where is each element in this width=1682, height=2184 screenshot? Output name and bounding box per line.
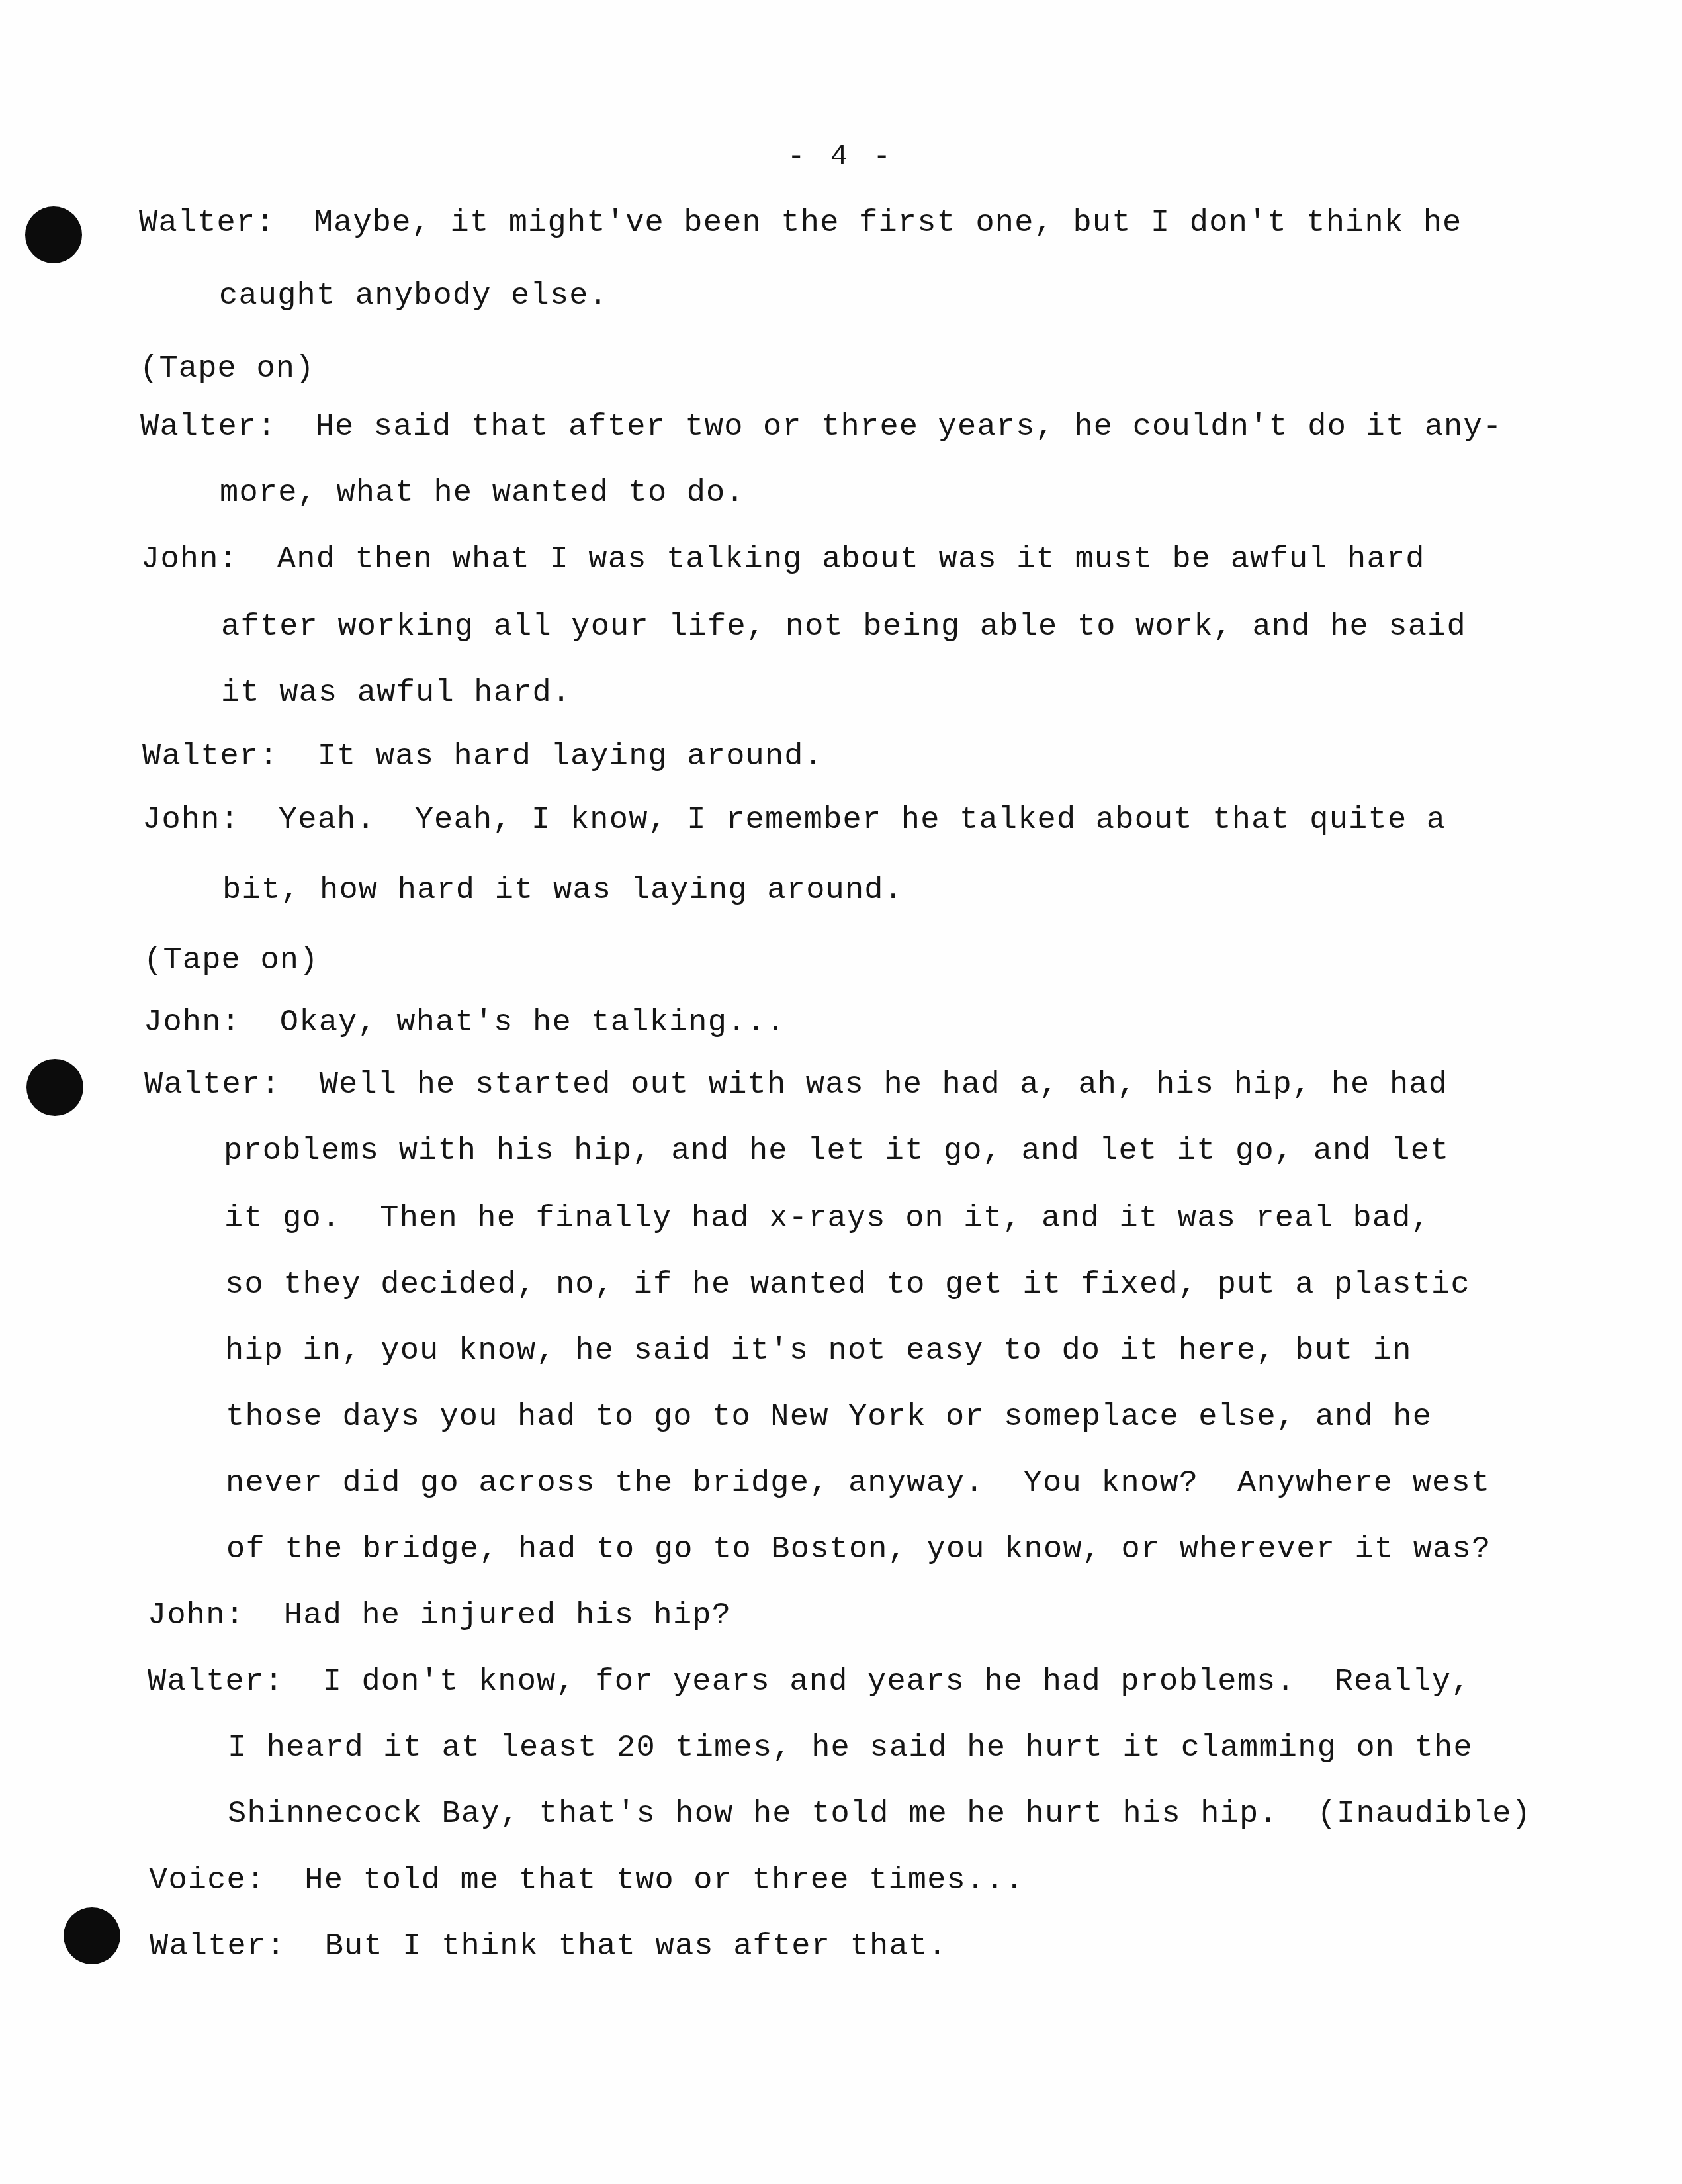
transcript-line: (Tape on)	[140, 351, 315, 388]
line-text: hip in, you know, he said it's not easy …	[225, 1334, 1412, 1369]
line-text: after working all your life, not being a…	[221, 610, 1466, 645]
transcript-line-speaker: Walter: But I think that was after that.	[150, 1929, 948, 1966]
transcript-line-speaker: Voice: He told me that two or three time…	[149, 1862, 1024, 1899]
line-text: Maybe, it might've been the first one, b…	[314, 206, 1462, 241]
line-text: Well he started out with was he had a, a…	[320, 1068, 1448, 1103]
line-text: Okay, what's he talking...	[280, 1005, 786, 1040]
line-text: it go. Then he finally had x-rays on it,…	[224, 1201, 1431, 1236]
transcript-line: (Tape on)	[144, 942, 319, 979]
transcript-line-speaker: Walter: It was hard laying around.	[142, 739, 823, 776]
speaker-label: Walter:	[140, 410, 316, 445]
transcript-line: hip in, you know, he said it's not easy …	[225, 1333, 1412, 1370]
line-text: those days you had to go to New York or …	[226, 1400, 1432, 1435]
transcript-line: problems with his hip, and he let it go,…	[224, 1133, 1450, 1170]
line-text: of the bridge, had to go to Boston, you …	[226, 1532, 1491, 1567]
transcript-line: it go. Then he finally had x-rays on it,…	[224, 1201, 1431, 1238]
transcript-line: so they decided, no, if he wanted to get…	[225, 1267, 1470, 1304]
speaker-label: Walter:	[144, 1068, 320, 1103]
speaker-label: John:	[142, 803, 279, 838]
transcript-line-speaker: John: Had he injured his hip?	[148, 1598, 731, 1635]
speaker-label: Walter:	[139, 206, 314, 241]
transcript-page: - 4 - Walter: Maybe, it might've been th…	[0, 0, 1682, 2184]
line-text: But I think that was after that.	[325, 1929, 948, 1964]
transcript-line: after working all your life, not being a…	[221, 609, 1466, 646]
transcript-line-speaker: John: Okay, what's he talking...	[144, 1005, 785, 1042]
transcript-line-speaker: John: Yeah. Yeah, I know, I remember he …	[142, 802, 1446, 839]
transcript-line-speaker: Walter: He said that after two or three …	[140, 409, 1502, 446]
speaker-label: Walter:	[150, 1929, 325, 1964]
speaker-label: Walter:	[142, 739, 318, 774]
transcript-line: it was awful hard.	[221, 675, 571, 712]
transcript-line-speaker: Walter: Maybe, it might've been the firs…	[139, 205, 1462, 242]
line-text: never did go across the bridge, anyway. …	[226, 1466, 1490, 1501]
line-text: (Tape on)	[140, 351, 315, 387]
transcript-line-speaker: John: And then what I was talking about …	[141, 541, 1425, 578]
line-text: caught anybody else.	[219, 279, 608, 314]
line-text: And then what I was talking about was it…	[277, 542, 1425, 577]
transcript-line: never did go across the bridge, anyway. …	[226, 1465, 1490, 1502]
line-text: He told me that two or three times...	[304, 1863, 1024, 1898]
transcript-line: those days you had to go to New York or …	[226, 1399, 1432, 1436]
transcript-line: caught anybody else.	[219, 278, 608, 315]
line-text: I don't know, for years and years he had…	[323, 1664, 1471, 1700]
transcript-line: of the bridge, had to go to Boston, you …	[226, 1531, 1491, 1569]
line-text: so they decided, no, if he wanted to get…	[225, 1267, 1470, 1302]
binder-hole-top	[25, 206, 82, 263]
line-text: (Tape on)	[144, 943, 319, 978]
line-text: It was hard laying around.	[318, 739, 824, 774]
binder-hole-middle	[26, 1059, 83, 1116]
transcript-line: more, what he wanted to do.	[220, 475, 745, 512]
speaker-label: John:	[141, 542, 277, 577]
transcript-line: Shinnecock Bay, that's how he told me he…	[228, 1796, 1531, 1833]
transcript-line-speaker: Walter: Well he started out with was he …	[144, 1067, 1448, 1104]
line-text: problems with his hip, and he let it go,…	[224, 1134, 1450, 1169]
transcript-line: I heard it at least 20 times, he said he…	[228, 1730, 1473, 1767]
transcript-line: bit, how hard it was laying around.	[222, 872, 903, 909]
page-number: - 4 -	[0, 140, 1682, 173]
speaker-label: John:	[148, 1598, 284, 1633]
line-text: I heard it at least 20 times, he said he…	[228, 1731, 1473, 1766]
speaker-label: John:	[144, 1005, 280, 1040]
line-text: Yeah. Yeah, I know, I remember he talked…	[279, 803, 1446, 838]
line-text: it was awful hard.	[221, 676, 571, 711]
line-text: more, what he wanted to do.	[220, 476, 745, 511]
speaker-label: Voice:	[149, 1863, 304, 1898]
transcript-line-speaker: Walter: I don't know, for years and year…	[148, 1664, 1471, 1701]
binder-hole-bottom	[64, 1907, 120, 1964]
line-text: Shinnecock Bay, that's how he told me he…	[228, 1797, 1531, 1832]
line-text: Had he injured his hip?	[284, 1598, 731, 1633]
speaker-label: Walter:	[148, 1664, 323, 1700]
line-text: He said that after two or three years, h…	[316, 410, 1503, 445]
line-text: bit, how hard it was laying around.	[222, 873, 903, 908]
